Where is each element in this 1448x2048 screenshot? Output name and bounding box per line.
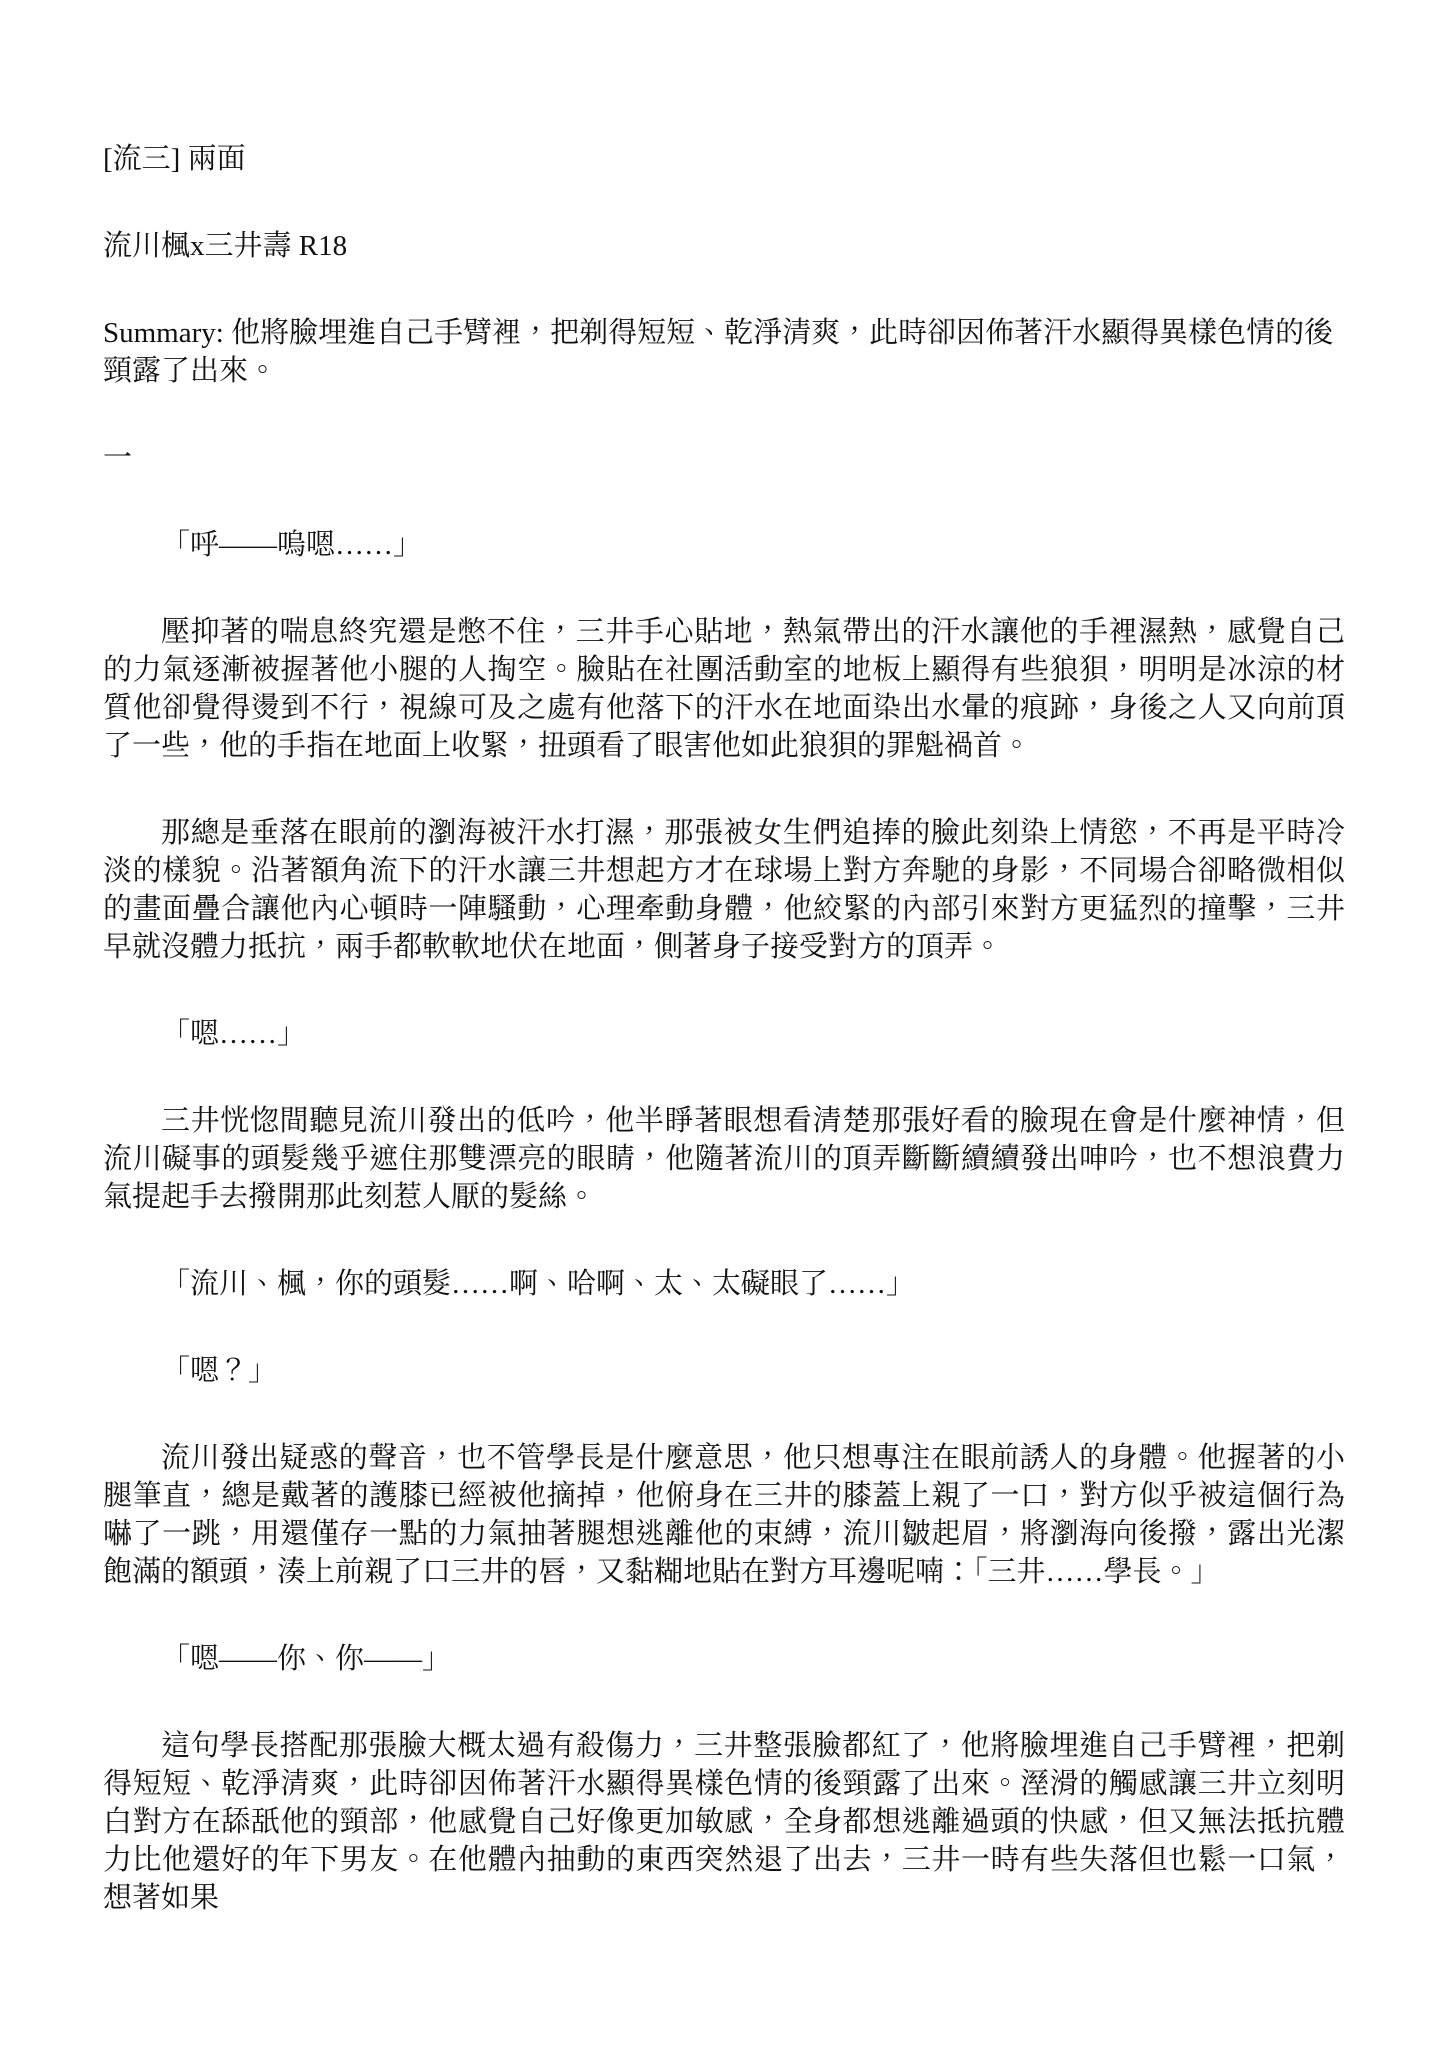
story-paragraph: 三井恍惚間聽見流川發出的低吟，他半睜著眼想看清楚那張好看的臉現在會是什麼神情，但… <box>103 1102 1345 1216</box>
story-paragraph: 那總是垂落在眼前的瀏海被汗水打濕，那張被女生們追捧的臉此刻染上情慾，不再是平時冷… <box>103 814 1345 966</box>
story-paragraph: 這句學長搭配那張臉大概太過有殺傷力，三井整張臉都紅了，他將臉埋進自己手臂裡，把剃… <box>103 1727 1345 1917</box>
pairing-line: 流川楓x三井壽 R18 <box>103 227 1345 265</box>
story-paragraph: 流川發出疑惑的聲音，也不管學長是什麼意思，他只想專注在眼前誘人的身體。他握著的小… <box>103 1439 1345 1591</box>
summary-line: Summary: 他將臉埋進自己手臂裡，把剃得短短、乾淨清爽，此時卻因佈著汗水顯… <box>103 314 1345 390</box>
dialogue-line: 「呼——嗚嗯……」 <box>103 526 1345 564</box>
dialogue-line: 「嗯……」 <box>103 1015 1345 1053</box>
story-paragraph: 壓抑著的喘息終究還是憋不住，三井手心貼地，熱氣帶出的汗水讓他的手裡濕熱，感覺自己… <box>103 613 1345 765</box>
doc-title: [流三] 兩面 <box>103 140 1345 178</box>
document-page: [流三] 兩面 流川楓x三井壽 R18 Summary: 他將臉埋進自己手臂裡，… <box>0 0 1448 2048</box>
section-divider: 一 <box>103 439 1345 477</box>
dialogue-line: 「嗯——你、你——」 <box>103 1640 1345 1678</box>
dialogue-line: 「流川、楓，你的頭髮……啊、哈啊、太、太礙眼了……」 <box>103 1265 1345 1303</box>
dialogue-line: 「嗯？」 <box>103 1352 1345 1390</box>
